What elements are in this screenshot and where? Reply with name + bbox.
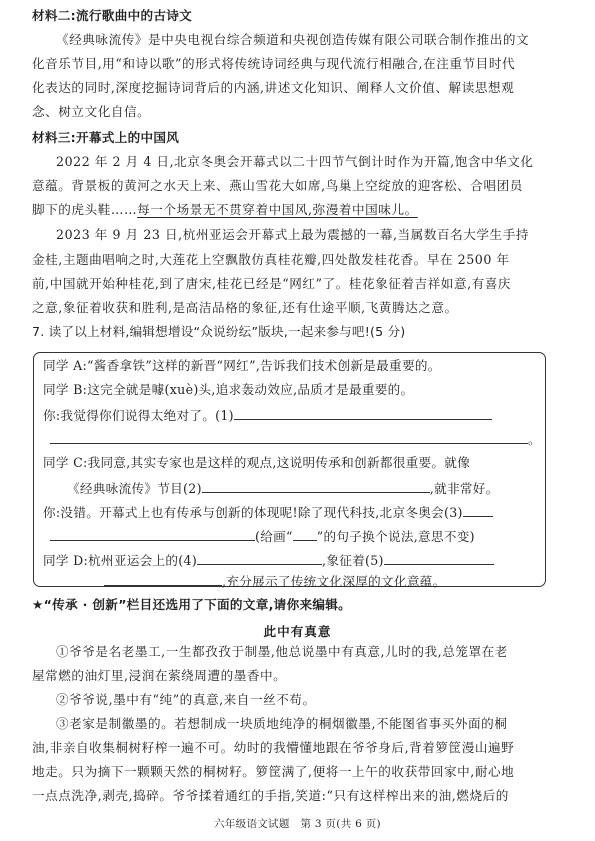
student-a-line: 同学 A:“酱香拿铁”这样的新晋“网红”,告诉我们技术创新是最重要的。: [43, 359, 441, 373]
underlined-sentence: 每一个场景无不贯穿着中国风,弥漫着中国味儿。: [137, 202, 418, 217]
answer-blank-1[interactable]: [234, 407, 492, 420]
hint-suffix: ”的句子换个说法,意思不变): [317, 529, 475, 544]
section-intro: ★“传承 · 创新”栏目还选用了下面的文章,请你来编辑。: [32, 598, 562, 612]
material3-text: 脚下的虎头鞋……: [32, 202, 137, 217]
material3-line: 2023 年 9 月 23 日,杭州亚运会开幕式上最为震撼的一幕,当属数百名大学…: [56, 228, 586, 242]
dialogue-box: 同学 A:“酱香拿铁”这样的新晋“网红”,告诉我们技术创新是最重要的。 同学 B…: [33, 352, 546, 587]
material2-line: 《经典咏流传》是中央电视台综合频道和央视创造传媒有限公司联合制作推出的文: [56, 33, 586, 47]
student-c-line: 同学 C:我同意,其实专家也是这样的观点,这说明传承和创新都很重要。就像: [43, 456, 470, 470]
material2-line: 化表达的同时,深度挖掘诗词背后的内涵,讲述文化知识、阐释人文价值、解读思想观: [32, 81, 562, 95]
article-paragraph: 油,非亲自收集桐树籽榨一遍不可。幼时的我懵懂地跟在爷爷身后,背着箩筐漫山遍野: [32, 741, 562, 755]
material2-line: 念、树立文化自信。: [32, 105, 562, 119]
you-line-1: 你:我觉得你们说得太绝对了。(1): [43, 407, 492, 423]
answer-blank-3-cont[interactable]: [50, 528, 255, 541]
answer-blank-4[interactable]: [197, 552, 322, 565]
material3-line: 金桂,主题曲唱响之时,大莲花上空飘散仿真桂花瓣,四处散发桂花香。早在 2500 …: [32, 253, 562, 267]
hint-line: (给画“”的句子换个说法,意思不变): [50, 528, 475, 544]
c2-suffix: ,就非常好。: [430, 481, 499, 496]
page-footer: 六年级语文试题 第 3 页(共 6 页): [0, 816, 595, 831]
answer-blank-5-cont[interactable]: [104, 573, 222, 586]
article-paragraph: ①爷爷是名老墨工,一生都孜孜于制墨,他总说墨中有真意,儿时的我,总笼罩在老: [56, 645, 586, 659]
underline-mark: [293, 528, 317, 541]
material2-line: 化音乐节目,用“和诗以歌”的形式将传统诗词经典与现代流行相融合,在注重节目时代: [32, 57, 562, 71]
article-paragraph: ③老家是制徽墨的。若想制成一块质地纯净的桐烟徽墨,不能图省事买外面的桐: [56, 717, 586, 731]
d-prefix: 同学 D:杭州亚运会上的(4): [43, 553, 197, 568]
you-line-2-text: 你:没错。开幕式上也有传承与创新的体现呢!除了现代科技,北京冬奥会(3): [43, 505, 463, 520]
article-paragraph: 屋常燃的油灯里,浸润在萦绕周遭的墨香中。: [32, 669, 562, 683]
hint-prefix: (给画“: [255, 529, 293, 544]
you-line-1-cont: 。: [50, 431, 541, 447]
period: 。: [528, 432, 541, 447]
d-suffix: ,充分展示了传统文化深厚的文化意蕴。: [222, 574, 446, 589]
material3-line: 2022 年 2 月 4 日,北京冬奥会开幕式以二十四节气倒计时作为开篇,饱含中…: [56, 155, 586, 169]
article-title: 此中有真意: [0, 621, 595, 640]
material3-line: 前,中国就开始种桂花,到了唐宋,桂花已经是“网红”了。桂花象征着吉祥如意,有喜庆: [32, 277, 562, 291]
answer-blank-1-cont[interactable]: [50, 431, 528, 444]
student-d-line-2: ,充分展示了传统文化深厚的文化意蕴。: [104, 573, 446, 589]
material3-heading: 材料三:开幕式上的中国风: [32, 131, 562, 145]
you-line-1-text: 你:我觉得你们说得太绝对了。(1): [43, 408, 234, 423]
you-line-2: 你:没错。开幕式上也有传承与创新的体现呢!除了现代科技,北京冬奥会(3): [43, 504, 493, 520]
material2-heading: 材料二:流行歌曲中的古诗文: [32, 9, 562, 23]
material3-line: 之意,象征着收获和胜利,是高洁品格的象征,还有仕途平顺,飞黄腾达之意。: [32, 301, 562, 315]
article-paragraph: 地走。只为摘下一颗颗天然的桐树籽。箩筐满了,便将一上午的收获带回家中,耐心地: [32, 765, 562, 779]
answer-blank-2[interactable]: [202, 480, 430, 493]
student-c-line-2: 《经典咏流传》节目(2),就非常好。: [67, 480, 499, 496]
answer-blank-5[interactable]: [384, 552, 494, 565]
material3-line: 脚下的虎头鞋……每一个场景无不贯穿着中国风,弥漫着中国味儿。: [32, 203, 562, 217]
exam-page: 材料二:流行歌曲中的古诗文 《经典咏流传》是中央电视台综合频道和央视创造传媒有限…: [0, 0, 595, 841]
article-paragraph: ②爷爷说,墨中有“纯”的真意,来自一丝不苟。: [56, 693, 586, 707]
material3-line: 意蕴。背景板的黄河之水天上来、燕山雪花大如席,鸟巢上空绽放的迎客松、合唱团员: [32, 179, 562, 193]
question-7-prompt: 7. 读了以上材料,编辑想增设“众说纷纭”版块,一起来参与吧!(5 分): [32, 325, 562, 339]
c2-prefix: 《经典咏流传》节目(2): [67, 481, 202, 496]
article-paragraph: 一点点洗净,剥壳,捣碎。爷爷揉着通红的手指,笑道:“只有这样榨出来的油,燃烧后的: [32, 789, 562, 803]
answer-blank-3[interactable]: [463, 504, 493, 517]
student-b-line: 同学 B:这完全就是噱(xuè)头,追求轰动效应,品质才是最重要的。: [43, 383, 413, 397]
d-mid: ,象征着(5): [322, 553, 384, 568]
student-d-line: 同学 D:杭州亚运会上的(4),象征着(5): [43, 552, 494, 568]
